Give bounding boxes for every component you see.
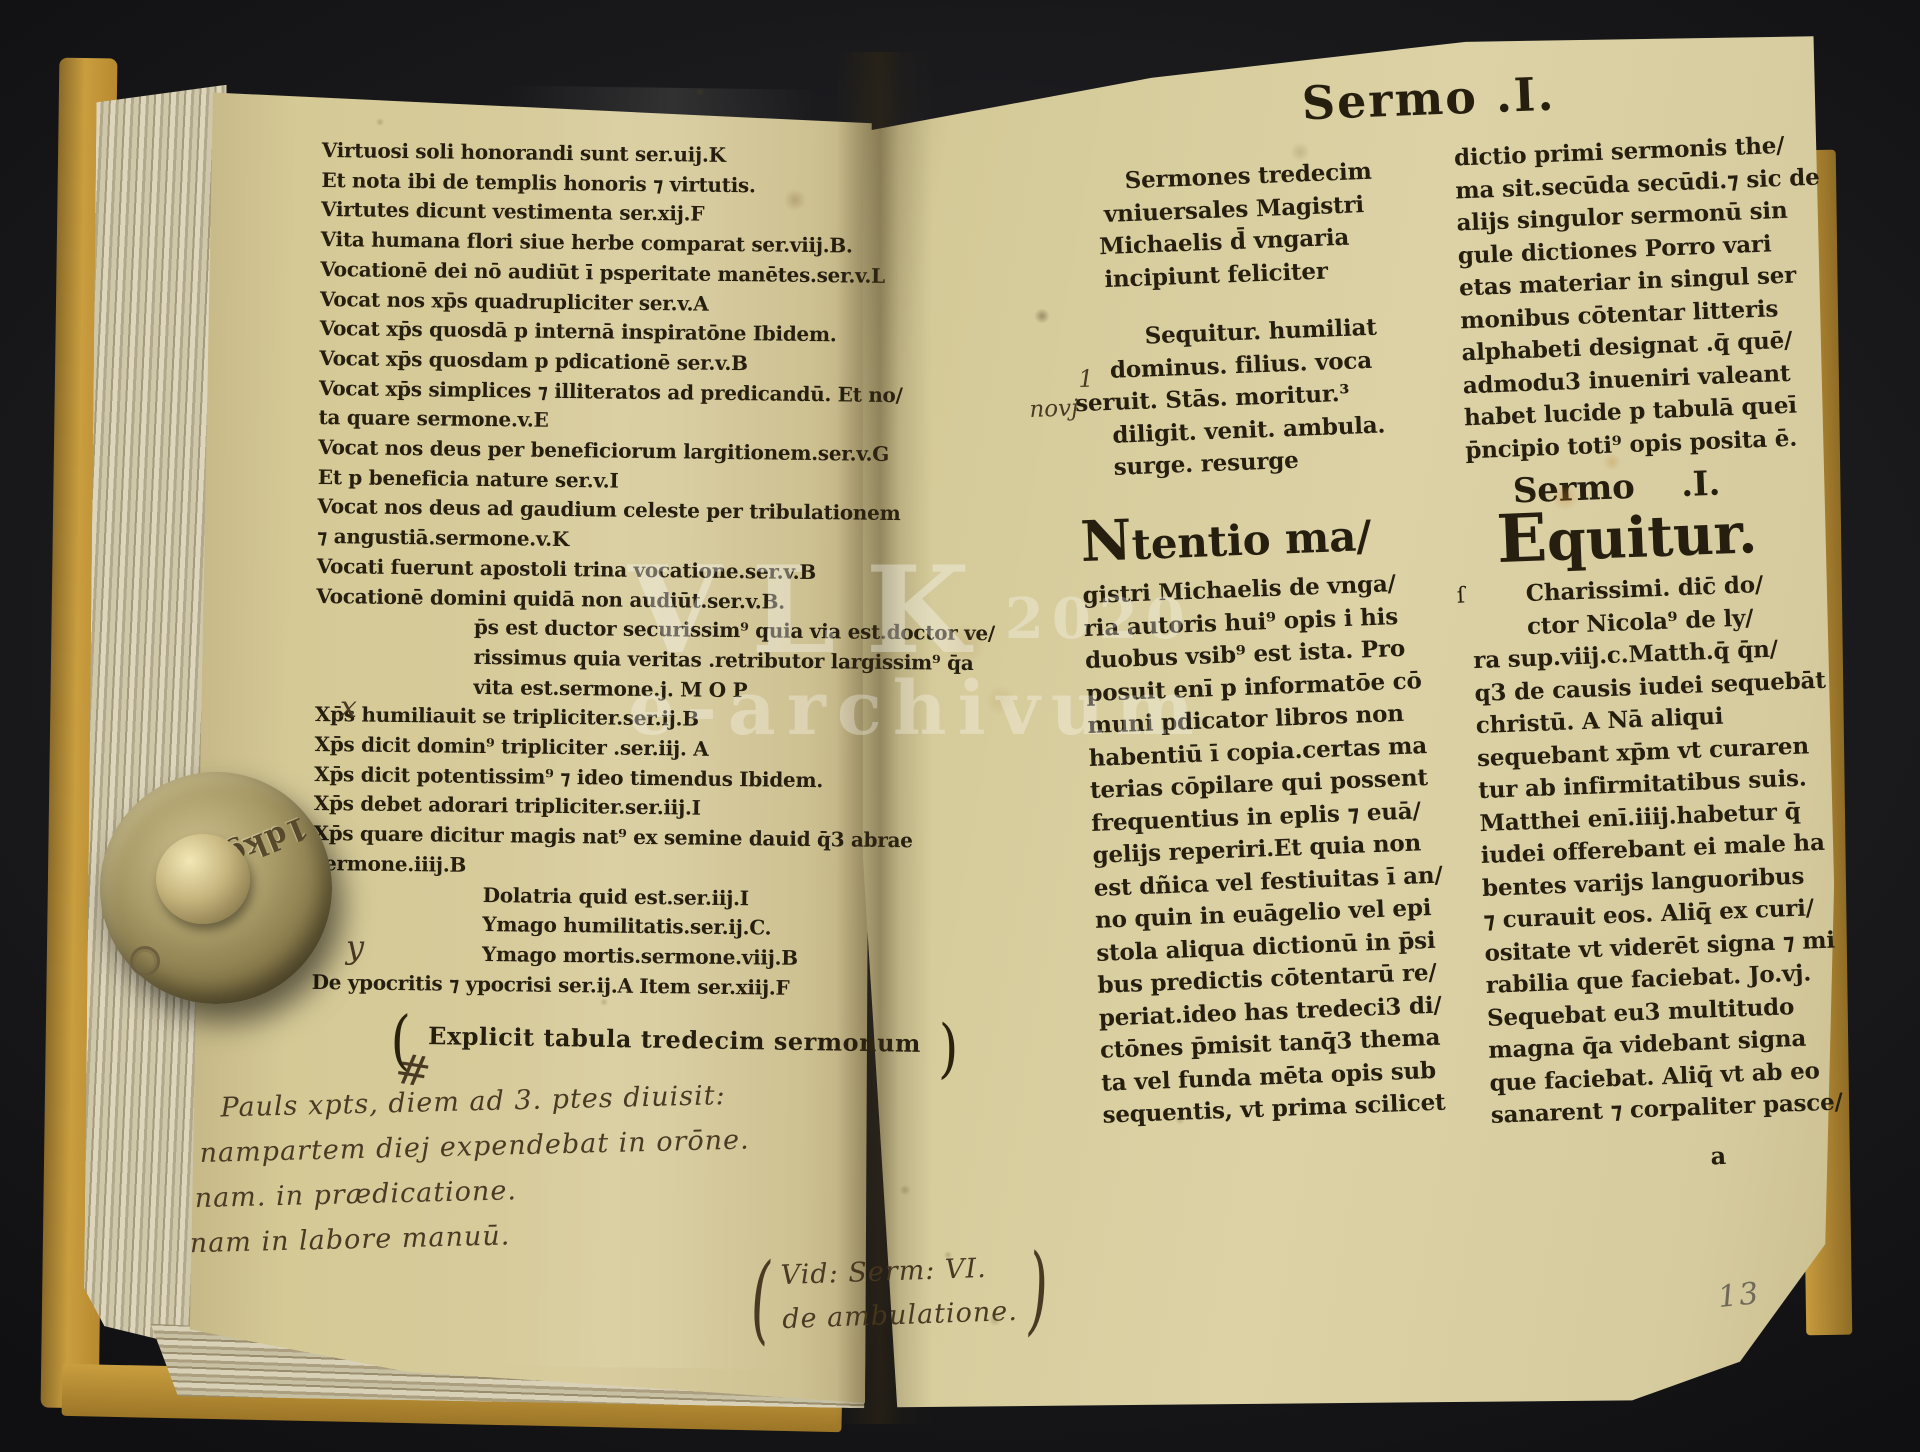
incipit-block: Sermones tredecimvniuersales MagistriMic… xyxy=(1066,152,1463,297)
note-line-2: de ambulatione. xyxy=(782,1290,1019,1342)
pencil-page-number: 13 xyxy=(1716,1276,1762,1315)
attentio-heading: Ntentio ma/ xyxy=(1080,505,1474,571)
gutter-margin-note: novj xyxy=(1029,395,1079,423)
col2-top: dictio primi sermonis the/ma sit.secūda … xyxy=(1453,128,1857,468)
left-page-toc: Virtuosi soli honorandi sunt ser.uij.KEt… xyxy=(311,136,1000,1006)
handwritten-side-note: ( Vid: Serm: VI. de ambulatione. ) xyxy=(740,1233,1058,1356)
col2-body: Charissimi. dic̄ do/ctor Nicola⁹ de ly/r… xyxy=(1470,565,1883,1132)
weight-knob xyxy=(156,834,250,924)
heading-rest: quitur. xyxy=(1546,500,1759,574)
note-opening-paren: ( xyxy=(749,1243,773,1356)
note-lines: Vid: Serm: VI. de ambulatione. xyxy=(780,1246,1019,1342)
thema-block: Sequitur. humiliatdominus. filius. vocas… xyxy=(1072,308,1470,485)
heading-rest: tentio ma/ xyxy=(1131,511,1372,569)
right-page-column-1: Sermones tredecimvniuersales MagistriMic… xyxy=(1066,152,1495,1132)
right-page-column-2: dictio primi sermonis the/ma sit.secūda … xyxy=(1453,128,1885,1181)
note-closing-paren: ) xyxy=(1025,1233,1049,1346)
right-page-content: Sermo .I. Sermones tredecimvniuersales M… xyxy=(1050,29,1920,1380)
margin-mark-y: y xyxy=(346,928,364,966)
rubricator-guide-letter: ſ xyxy=(1456,580,1465,613)
gutter-margin-number: 1 xyxy=(1078,365,1094,394)
photo-open-incunable-book: Virtuosi soli honorandi sunt ser.uij.KEt… xyxy=(0,0,1920,1452)
weight-stamp-mark xyxy=(130,946,160,976)
margin-mark-x: x xyxy=(340,690,357,725)
handwritten-annotation: Pauls xpts, diem ad 3. ptes diuisit:namp… xyxy=(198,1073,752,1266)
col2-body-wrap: ſ Charissimi. dic̄ do/ctor Nicola⁹ de ly… xyxy=(1470,565,1883,1132)
heading-initial: N xyxy=(1079,507,1132,575)
col1-body: gistri Michaelis de vnga/ria autoris hui… xyxy=(1082,565,1495,1132)
heading-initial: E xyxy=(1495,498,1548,578)
brass-weight-object: 1dkg xyxy=(100,772,332,1004)
opening-paren: ( xyxy=(390,1004,411,1078)
closing-paren: ) xyxy=(938,1012,959,1086)
running-head: Sermo .I. xyxy=(1301,67,1557,131)
signature-mark: a xyxy=(1710,1133,1885,1172)
equitur-heading: Equitur. xyxy=(1496,497,1862,571)
explicit-text: Explicit tabula tredecim sermonum xyxy=(428,1021,921,1058)
